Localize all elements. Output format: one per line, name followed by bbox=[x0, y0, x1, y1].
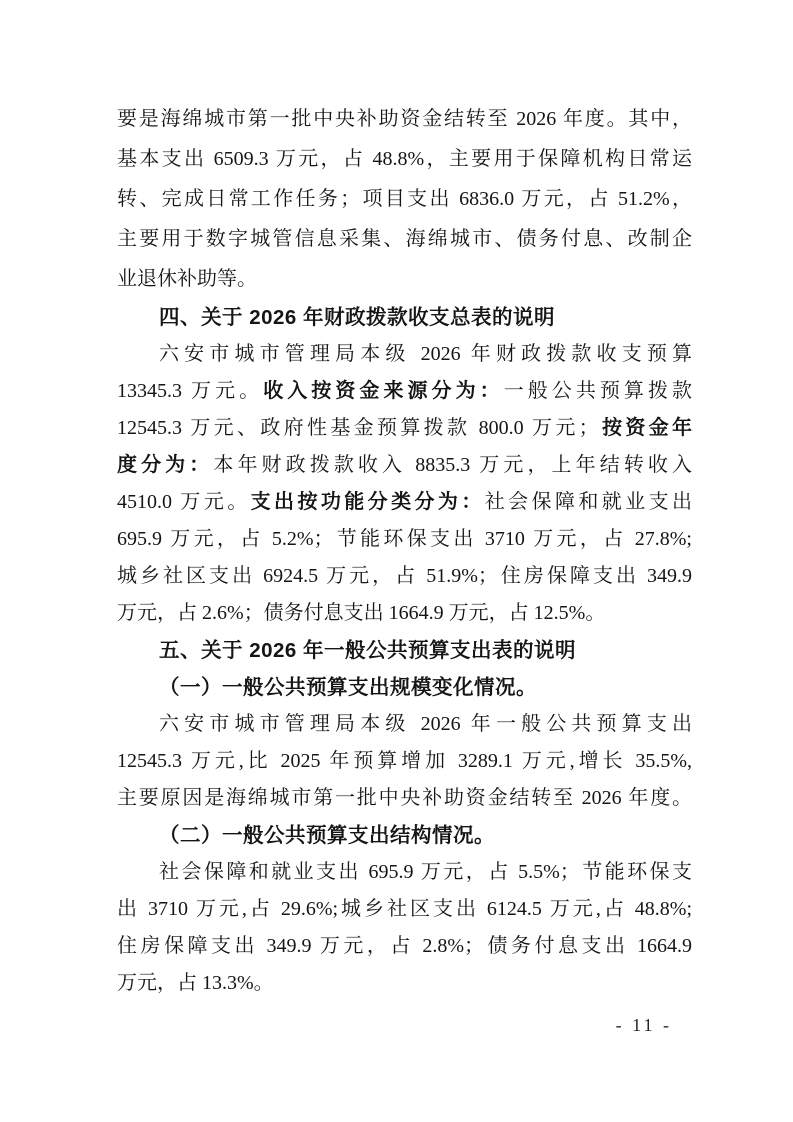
text-run: 4510.0 万元。 bbox=[117, 491, 251, 513]
body-text-line: 要是海绵城市第一批中央补助资金结转至 2026 年度。其中， bbox=[117, 99, 692, 139]
text-run: 六安市城市管理局本级 2026 年财政拨款收支预算 bbox=[159, 343, 692, 365]
body-text-line: 城乡社区支出 6924.5 万元，占 51.9%；住房保障支出 349.9 bbox=[117, 558, 692, 595]
body-text-line: 出 3710 万元,占 29.6%;城乡社区支出 6124.5 万元,占 48.… bbox=[117, 891, 692, 928]
body-text-line: 12545.3 万元、政府性基金预算拨款 800.0 万元；按资金年 bbox=[117, 410, 692, 447]
body-text-line: 住房保障支出 349.9 万元，占 2.8%；债务付息支出 1664.9 bbox=[117, 928, 692, 965]
section-heading: （二）一般公共预算支出结构情况。 bbox=[117, 817, 692, 854]
text-run: 万元，占 2.6%；债务付息支出 1664.9 万元，占 12.5%。 bbox=[117, 602, 605, 624]
body-text-line: 转、完成日常工作任务；项目支出 6836.0 万元，占 51.2%， bbox=[117, 179, 692, 219]
body-text-line: 度分为：本年财政拨款收入 8835.3 万元，上年结转收入 bbox=[117, 447, 692, 484]
text-run: 主要用于数字城管信息采集、海绵城市、债务付息、改制企 bbox=[117, 228, 692, 250]
text-run: 转、完成日常工作任务；项目支出 6836.0 万元，占 51.2%， bbox=[117, 188, 692, 210]
section-heading: 五、关于 2026 年一般公共预算支出表的说明 bbox=[117, 632, 692, 669]
body-text-line: 万元，占 2.6%；债务付息支出 1664.9 万元，占 12.5%。 bbox=[117, 595, 692, 632]
section-heading: 四、关于 2026 年财政拨款收支总表的说明 bbox=[117, 299, 692, 336]
text-run: 12545.3 万元,比 2025 年预算增加 3289.1 万元,增长 35.… bbox=[117, 750, 692, 772]
bold-emphasis: 度分为： bbox=[117, 454, 213, 476]
text-run: 社会保障和就业支出 bbox=[485, 491, 692, 513]
document-page: 要是海绵城市第一批中央补助资金结转至 2026 年度。其中，基本支出 6509.… bbox=[0, 0, 793, 1122]
text-run: 住房保障支出 349.9 万元，占 2.8%；债务付息支出 1664.9 bbox=[117, 935, 692, 957]
text-run: 要是海绵城市第一批中央补助资金结转至 2026 年度。其中， bbox=[117, 108, 692, 130]
page-number: - 11 - bbox=[616, 1012, 672, 1038]
text-run: 六安市城市管理局本级 2026 年一般公共预算支出 bbox=[159, 713, 692, 735]
text-run: 社会保障和就业支出 695.9 万元，占 5.5%；节能环保支 bbox=[159, 861, 692, 883]
body-text-line: 695.9 万元，占 5.2%；节能环保支出 3710 万元，占 27.8%; bbox=[117, 521, 692, 558]
text-run: 本年财政拨款收入 8835.3 万元，上年结转收入 bbox=[213, 454, 692, 476]
body-text-line: 业退休补助等。 bbox=[117, 259, 692, 299]
bold-emphasis: 按资金年 bbox=[599, 417, 692, 439]
section-heading: （一）一般公共预算支出规模变化情况。 bbox=[117, 669, 692, 706]
text-run: 12545.3 万元、政府性基金预算拨款 800.0 万元； bbox=[117, 417, 599, 439]
document-content: 要是海绵城市第一批中央补助资金结转至 2026 年度。其中，基本支出 6509.… bbox=[117, 99, 692, 1002]
text-run: 城乡社区支出 6924.5 万元，占 51.9%；住房保障支出 349.9 bbox=[117, 565, 692, 587]
body-text-line: 六安市城市管理局本级 2026 年财政拨款收支预算 bbox=[117, 336, 692, 373]
text-run: 主要原因是海绵城市第一批中央补助资金结转至 2026 年度。 bbox=[117, 787, 692, 809]
text-run: 四、关于 2026 年财政拨款收支总表的说明 bbox=[159, 306, 555, 329]
body-text-line: 万元，占 13.3%。 bbox=[117, 965, 692, 1002]
text-run: 五、关于 2026 年一般公共预算支出表的说明 bbox=[159, 639, 576, 662]
text-run: 695.9 万元，占 5.2%；节能环保支出 3710 万元，占 27.8%; bbox=[117, 528, 692, 550]
body-text-line: 主要用于数字城管信息采集、海绵城市、债务付息、改制企 bbox=[117, 219, 692, 259]
body-text-line: 基本支出 6509.3 万元，占 48.8%，主要用于保障机构日常运 bbox=[117, 139, 692, 179]
bold-emphasis: 支出按功能分类分为： bbox=[251, 491, 485, 513]
text-run: 13345.3 万元。 bbox=[117, 380, 263, 402]
text-run: （一）一般公共预算支出规模变化情况。 bbox=[159, 676, 537, 699]
text-run: 基本支出 6509.3 万元，占 48.8%，主要用于保障机构日常运 bbox=[117, 148, 692, 170]
bold-emphasis: 收入按资金来源分为： bbox=[263, 380, 503, 402]
text-run: 万元，占 13.3%。 bbox=[117, 972, 274, 994]
text-run: （二）一般公共预算支出结构情况。 bbox=[159, 824, 495, 847]
body-text-line: 4510.0 万元。支出按功能分类分为：社会保障和就业支出 bbox=[117, 484, 692, 521]
text-run: 业退休补助等。 bbox=[117, 268, 257, 290]
body-text-line: 六安市城市管理局本级 2026 年一般公共预算支出 bbox=[117, 706, 692, 743]
text-run: 一般公共预算拨款 bbox=[504, 380, 692, 402]
body-text-line: 主要原因是海绵城市第一批中央补助资金结转至 2026 年度。 bbox=[117, 780, 692, 817]
body-text-line: 社会保障和就业支出 695.9 万元，占 5.5%；节能环保支 bbox=[117, 854, 692, 891]
body-text-line: 12545.3 万元,比 2025 年预算增加 3289.1 万元,增长 35.… bbox=[117, 743, 692, 780]
body-text-line: 13345.3 万元。收入按资金来源分为：一般公共预算拨款 bbox=[117, 373, 692, 410]
text-run: 出 3710 万元,占 29.6%;城乡社区支出 6124.5 万元,占 48.… bbox=[117, 898, 692, 920]
